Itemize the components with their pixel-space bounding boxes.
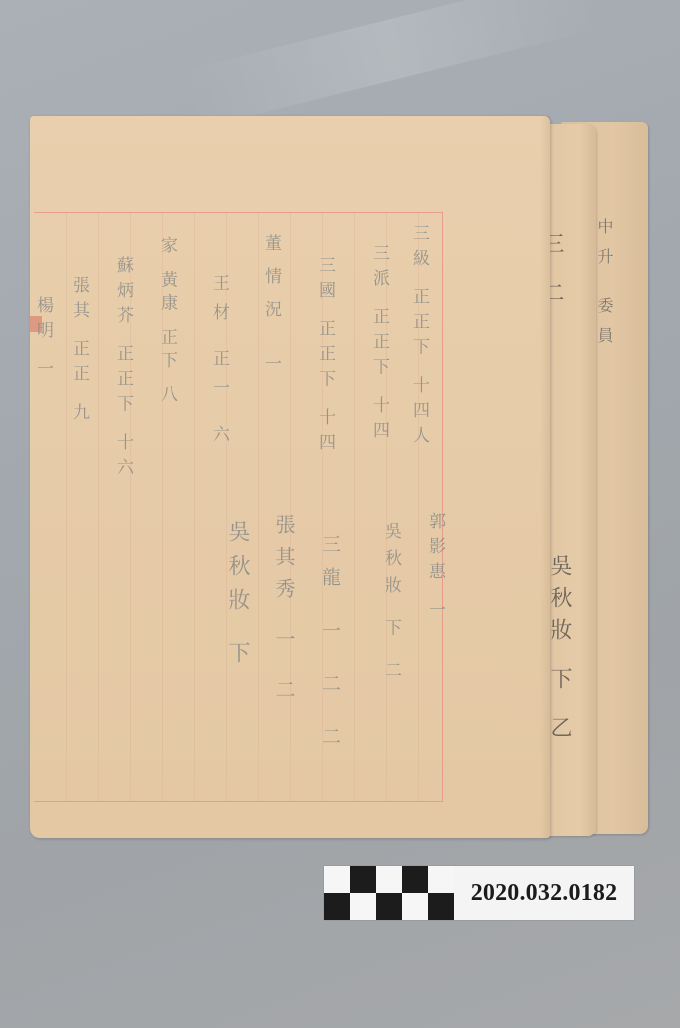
front-sheet: 三級 正正下 十四人 三派 正正下 十四 三國 正正下 十四 董情況 一 王材 … [30, 116, 550, 838]
entry-5: 王材 正一 六 [210, 274, 227, 454]
paper-fold [540, 116, 550, 838]
entry-7: 蘇炳芥 正正下 十六 [114, 256, 131, 483]
entry-12: 三龍 一 二 二 [320, 534, 339, 759]
entry-3: 三國 正正下 十四 [316, 256, 333, 458]
entry-2: 三派 正正下 十四 [370, 244, 387, 446]
entry-9: 楊明 一 [34, 296, 51, 384]
entry-1: 三級 正正下 十四人 [410, 224, 427, 451]
entry-14: 吳秋妝 下 [226, 520, 248, 675]
middle-sheet-note-bottom: 吳秋妝 下 乙 [548, 554, 570, 748]
entry-6: 家 黃康 正下 八 [158, 236, 175, 408]
color-scale-checker [324, 866, 454, 920]
rear-sheet-note: 中升 委員 [596, 218, 612, 357]
catalog-label: 2020.032.0182 [324, 866, 634, 920]
entry-4: 董情況 一 [262, 234, 279, 387]
entry-11: 吳秋妝 下 二 [382, 522, 399, 688]
background-surface [179, 0, 601, 130]
catalog-number: 2020.032.0182 [458, 872, 630, 914]
entry-8: 張其 正正 九 [70, 276, 87, 428]
entry-13: 張其秀 一 二 [274, 514, 294, 711]
entry-10: 郭影惠 一 [426, 512, 443, 625]
